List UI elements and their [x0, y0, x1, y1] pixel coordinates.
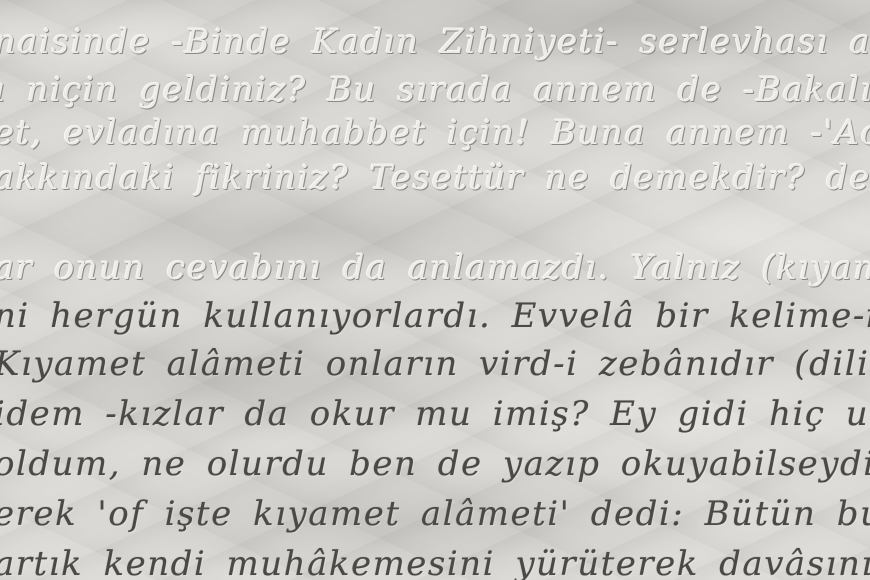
text-line-1: naisinde -Binde Kadın Zihniyeti- serlevh… — [0, 22, 870, 62]
text-line-3: et, evladına muhabbet için! Buna annem -… — [0, 113, 870, 153]
text-line-4: akkındaki fikriniz? Tesettür ne demekdir… — [0, 158, 870, 198]
text-line-6: ni hergün kullanıyorlardı. Evvelâ bir ke… — [0, 296, 870, 336]
embroidered-fabric-photo: naisinde -Binde Kadın Zihniyeti- serlevh… — [0, 0, 870, 580]
text-line-8: idem -kızlar da okur mu imiş? Ey gidi hi… — [0, 394, 870, 434]
text-line-7: Kıyamet alâmeti onların vird-i zebânıdır… — [0, 344, 870, 384]
text-line-9: oldum, ne olurdu ben de yazıp okuyabilse… — [0, 444, 870, 484]
text-line-5: ar onun cevabını da anlamazdı. Yalnız (k… — [0, 248, 870, 288]
text-line-2: ı niçin geldiniz? Bu sırada annem de -Ba… — [0, 70, 870, 110]
text-line-11: artık kendi muhâkemesini yürüterek davâs… — [0, 544, 870, 580]
text-line-10: erek 'of işte kıyamet alâmeti' dedi: Büt… — [0, 494, 870, 534]
